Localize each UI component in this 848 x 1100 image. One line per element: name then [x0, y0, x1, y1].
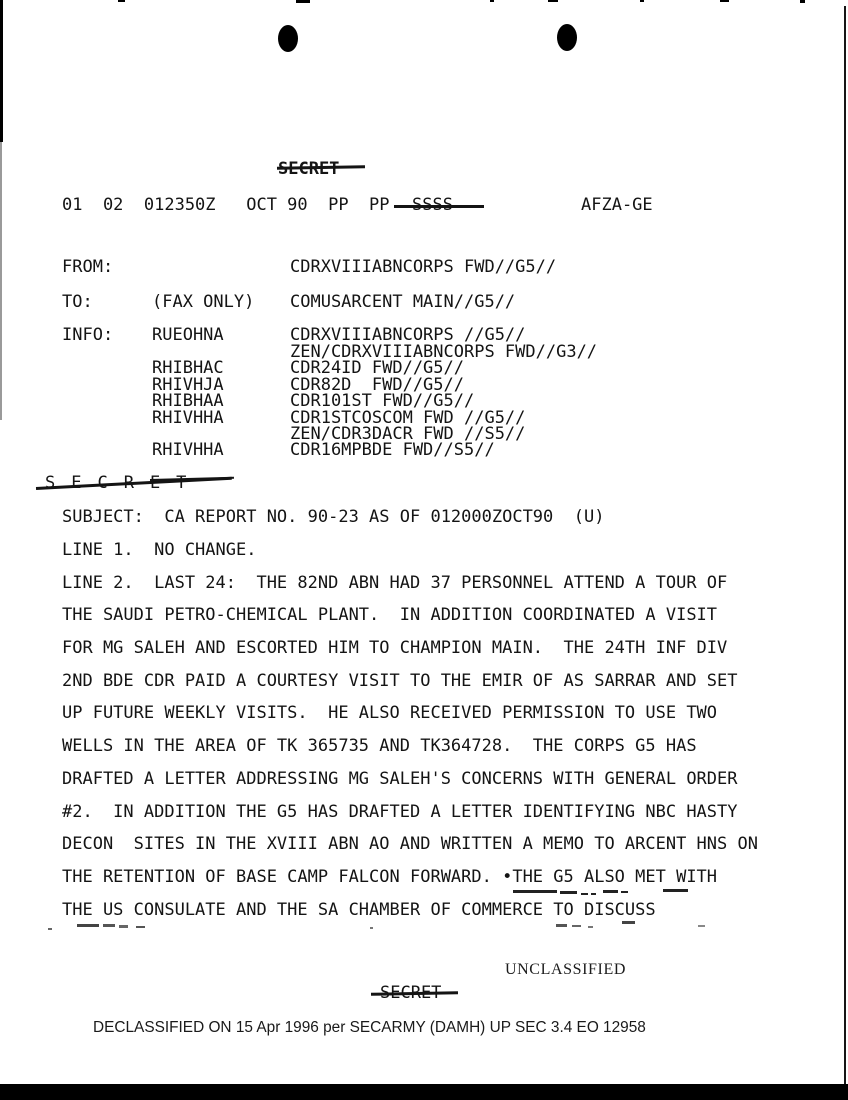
to-value: COMUSARCENT MAIN//G5// — [290, 293, 515, 311]
scan-noise — [800, 0, 805, 3]
scan-edge-right — [844, 6, 846, 1084]
body-line: LINE 1. NO CHANGE. — [62, 541, 256, 559]
scan-noise — [296, 0, 310, 3]
info-row-code: RHIVHHA — [152, 409, 224, 427]
scan-noise — [548, 0, 558, 2]
scan-noise — [720, 0, 729, 2]
body-line: THE RETENTION OF BASE CAMP FALCON FORWAR… — [62, 868, 717, 886]
faded-text-fragment — [103, 924, 115, 927]
faded-text-fragment — [48, 928, 52, 930]
scan-edge-bottom-bar — [0, 1084, 848, 1100]
faded-text-fragment — [370, 927, 373, 929]
unclassified-stamp: UNCLASSIFIED — [505, 961, 626, 979]
body-line: UP FUTURE WEEKLY VISITS. HE ALSO RECEIVE… — [62, 704, 717, 722]
to-label: TO: — [62, 293, 93, 311]
scan-noise — [118, 0, 125, 2]
scan-noise — [490, 0, 494, 2]
body-line: LINE 2. LAST 24: THE 82ND ABN HAD 37 PER… — [62, 574, 727, 592]
faded-text-fragment — [572, 925, 581, 927]
subject-line: SUBJECT: CA REPORT NO. 90-23 AS OF 01200… — [62, 508, 604, 526]
underline-mark — [663, 889, 688, 892]
info-label: INFO: — [62, 326, 113, 344]
hole-punch-right — [557, 24, 577, 51]
faded-text-fragment — [77, 924, 99, 927]
from-value: CDRXVIIIABNCORPS FWD//G5// — [290, 258, 556, 276]
faded-text-fragment — [622, 921, 635, 924]
underline-mark — [581, 893, 588, 895]
faded-text-fragment — [588, 926, 593, 928]
body-line: THE SAUDI PETRO-CHEMICAL PLANT. IN ADDIT… — [62, 606, 717, 624]
scan-noise — [640, 0, 644, 2]
body-line: FOR MG SALEH AND ESCORTED HIM TO CHAMPIO… — [62, 639, 727, 657]
from-label: FROM: — [62, 258, 113, 276]
header-office-symbol: AFZA-GE — [581, 196, 653, 214]
body-line: THE US CONSULATE AND THE SA CHAMBER OF C… — [62, 901, 656, 919]
hole-punch-left — [278, 25, 298, 52]
faded-text-fragment — [119, 925, 128, 928]
body-line: DECON SITES IN THE XVIII ABN AO AND WRIT… — [62, 835, 758, 853]
scan-edge-left — [0, 0, 3, 142]
body-line: WELLS IN THE AREA OF TK 365735 AND TK364… — [62, 737, 697, 755]
strikethrough-mark — [394, 205, 484, 208]
underline-mark — [560, 891, 577, 894]
faded-text-fragment — [698, 925, 705, 927]
underline-mark — [621, 891, 628, 893]
info-row-code: RHIVHHA — [152, 441, 224, 459]
body-line: 2ND BDE CDR PAID A COURTESY VISIT TO THE… — [62, 672, 738, 690]
scanned-document-page: SECRET 01 02 012350Z OCT 90 PP PP SSSS A… — [0, 0, 848, 1100]
faded-text-fragment — [556, 924, 567, 927]
info-row-value: CDR16MPBDE FWD//S5// — [290, 441, 495, 459]
info-row-code: RUEOHNA — [152, 326, 224, 344]
body-line: #2. IN ADDITION THE G5 HAS DRAFTED A LET… — [62, 803, 738, 821]
faded-text-fragment — [136, 926, 145, 928]
header-routing-left: 01 02 012350Z OCT 90 PP PP — [62, 196, 390, 214]
to-note: (FAX ONLY) — [152, 293, 254, 311]
underline-mark — [591, 893, 596, 895]
scan-edge-left-faded — [0, 142, 2, 420]
body-line: DRAFTED A LETTER ADDRESSING MG SALEH'S C… — [62, 770, 738, 788]
underline-mark — [513, 890, 557, 893]
underline-mark — [603, 890, 618, 893]
declassified-stamp: DECLASSIFIED ON 15 Apr 1996 per SECARMY … — [93, 1019, 646, 1037]
